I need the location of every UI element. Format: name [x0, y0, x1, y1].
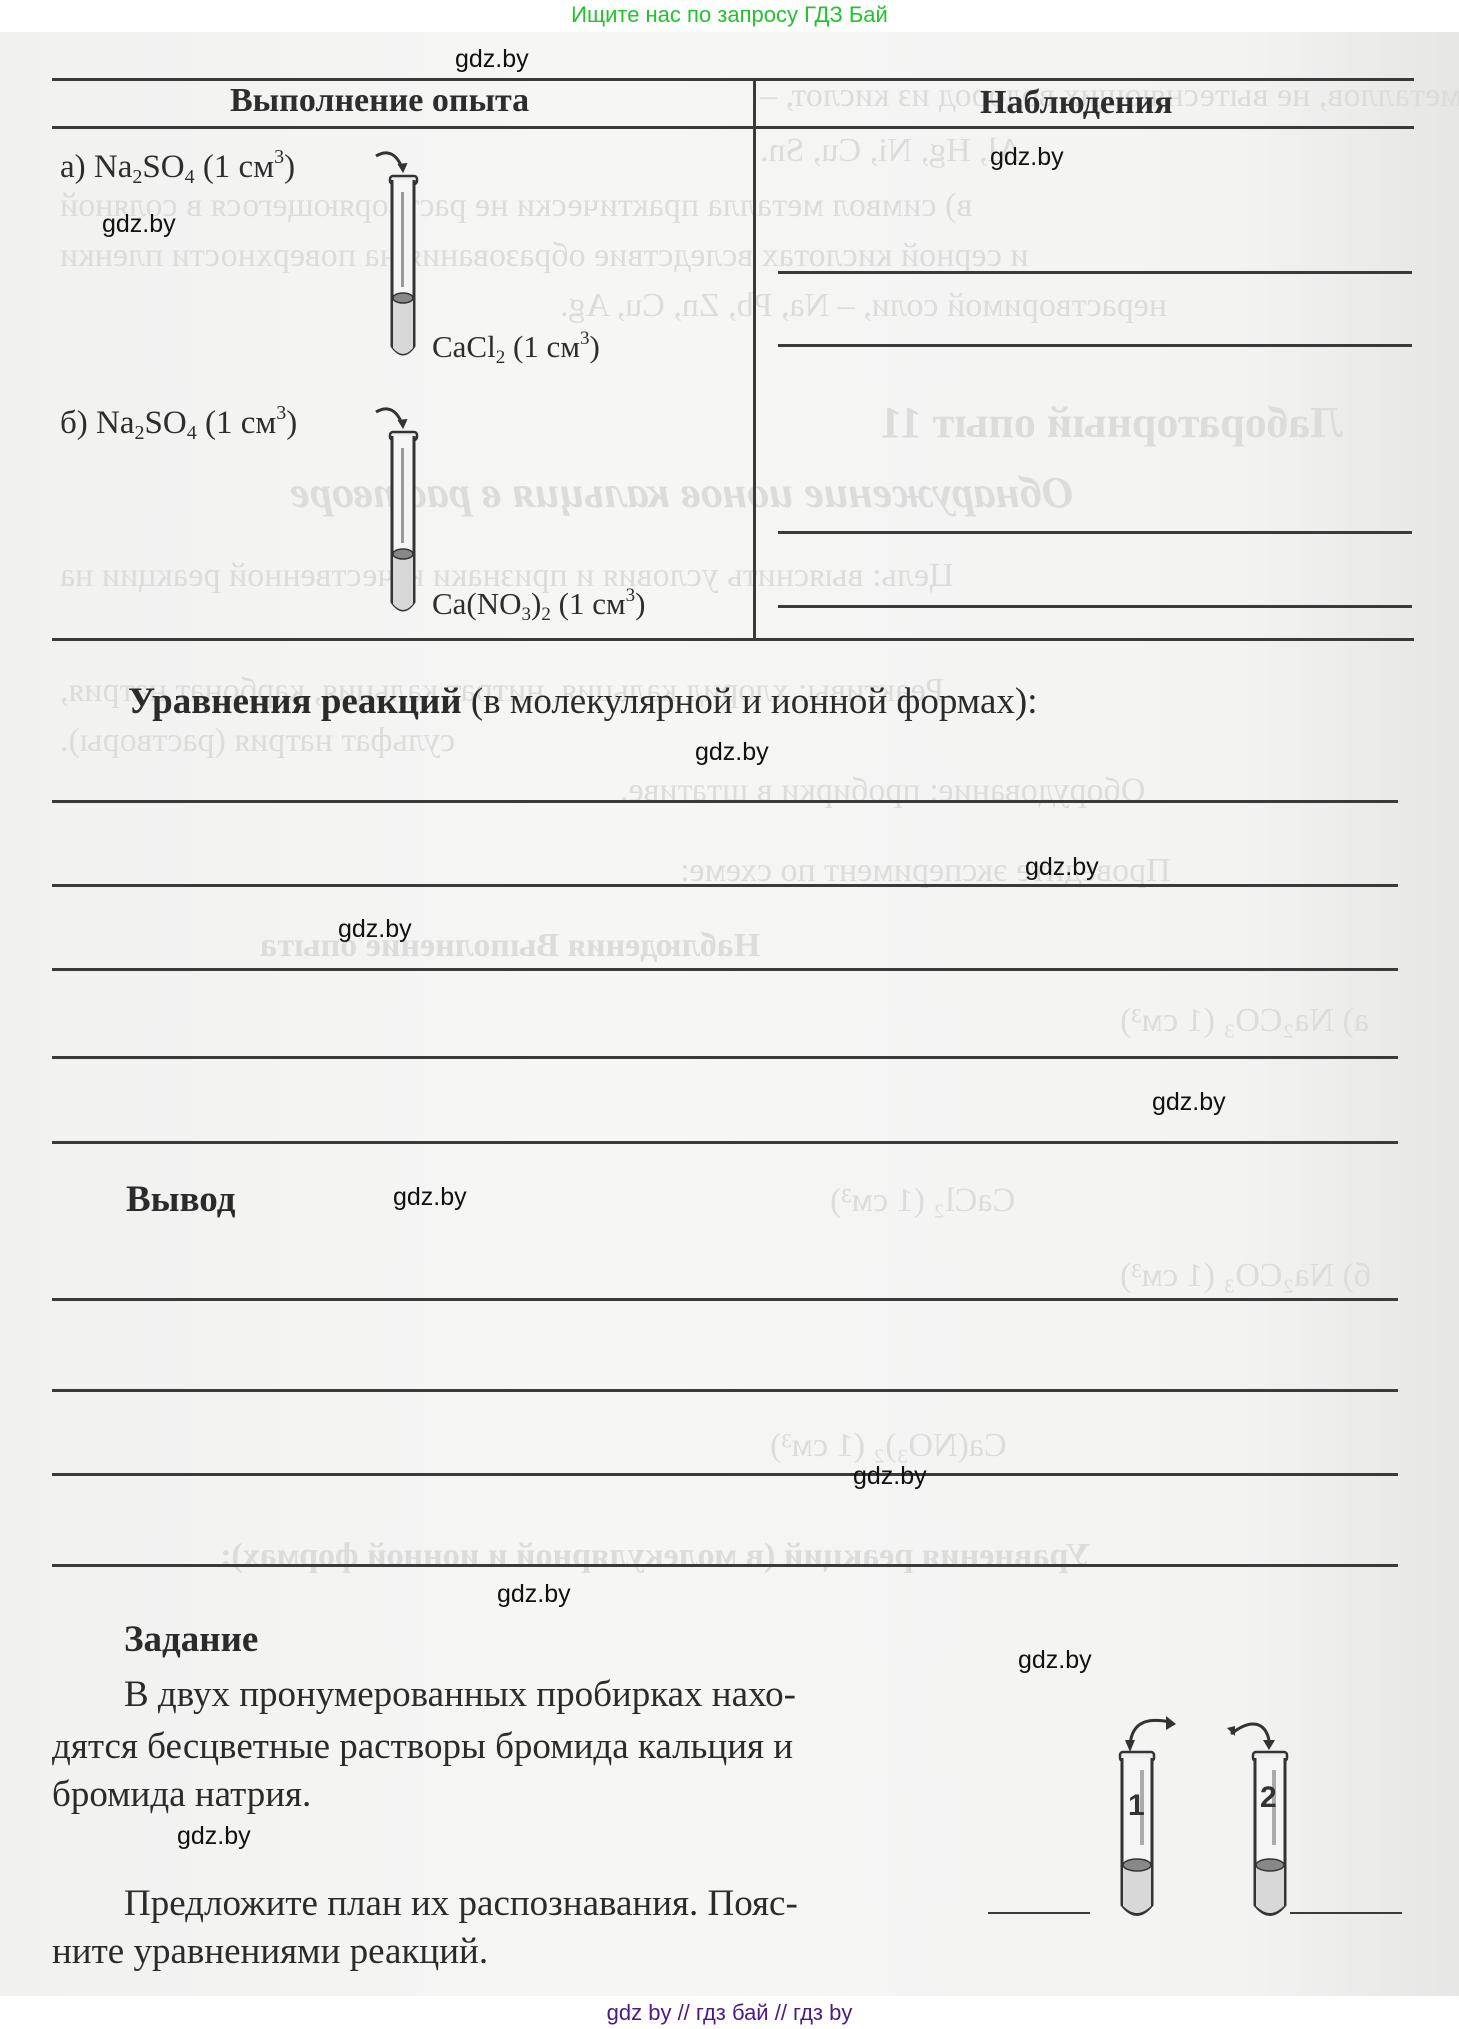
observation-answer-line[interactable] [778, 531, 1412, 534]
test-tube-1-icon: 1 [1110, 1700, 1190, 1925]
experiment-b-tube-reagent: Ca(NO3)2 (1 см3) [432, 585, 645, 626]
task-answer-line[interactable] [1290, 1912, 1402, 1914]
watermark: gdz.by [990, 143, 1064, 172]
bleed-through-text: Оборудование: пробирки в штативе. [620, 772, 1145, 810]
bleed-through-text: и серной кислотах вследствие образования… [60, 237, 1029, 275]
watermark: gdz.by [338, 915, 412, 944]
conclusion-answer-line[interactable] [52, 1389, 1398, 1392]
bleed-through-text: Уравнения реакций (в молекулярной и ионн… [220, 1537, 1090, 1575]
observation-answer-line[interactable] [778, 344, 1412, 347]
test-tube-icon [372, 406, 422, 621]
equation-answer-line[interactable] [52, 1141, 1398, 1144]
watermark: gdz.by [102, 210, 176, 239]
table-column-divider [753, 78, 756, 641]
search-banner[interactable]: Ищите нас по запросу ГДЗ Бай [0, 0, 1459, 32]
watermark: gdz.by [853, 1462, 927, 1491]
equations-heading: Уравнения реакций (в молекулярной и ионн… [128, 680, 1037, 723]
header-experiment: Выполнение опыта [230, 82, 529, 120]
experiment-b-reagent: б) Na2SO4 (1 см3) [60, 402, 297, 445]
table-bottom-border [52, 638, 1414, 641]
watermark: gdz.by [1018, 1646, 1092, 1675]
task-text-line: дятся бесцветные растворы бромида кальци… [52, 1725, 793, 1768]
experiment-a-tube-reagent: CaCl2 (1 см3) [432, 328, 600, 369]
bleed-through-text: нерастворимой соли, – Na, Pb, Zn, Cu, Ag… [560, 287, 1167, 325]
test-tube-icon [372, 150, 422, 365]
equation-answer-line[interactable] [52, 884, 1398, 887]
watermark: gdz.by [695, 738, 769, 767]
conclusion-heading: Вывод [126, 1178, 235, 1221]
bleed-through-text: б) Na₂CO₃ (1 см³) [1120, 1257, 1371, 1295]
bleed-through-text: CaCl₂ (1 см³) [830, 1182, 1015, 1220]
test-tube-2-icon: 2 [1225, 1700, 1305, 1925]
watermark: gdz.by [497, 1580, 571, 1609]
footer-links[interactable]: gdz by // гдз бай // гдз by [0, 1996, 1459, 2029]
equation-answer-line[interactable] [52, 1056, 1398, 1059]
conclusion-answer-line[interactable] [52, 1564, 1398, 1567]
watermark: gdz.by [177, 1822, 251, 1851]
bleed-through-text: Лабораторный опыт 11 [880, 397, 1343, 448]
task-text-line: В двух пронумерованных пробирках нахо- [124, 1673, 796, 1716]
task-prompt-line: ните уравнениями реакций. [52, 1930, 488, 1973]
conclusion-answer-line[interactable] [52, 1473, 1398, 1476]
bleed-through-text: в) символ металла практически не раствор… [60, 187, 972, 225]
table-header-border [52, 126, 1414, 129]
experiment-a-reagent: а) Na2SO4 (1 см3) [60, 146, 295, 189]
bleed-through-text: Наблюдения Выполнение опыта [260, 927, 760, 965]
observation-answer-line[interactable] [778, 271, 1412, 274]
watermark: gdz.by [455, 45, 529, 74]
header-observations: Наблюдения [980, 84, 1173, 122]
svg-text:2: 2 [1260, 1781, 1277, 1814]
task-heading: Задание [124, 1618, 258, 1661]
svg-text:1: 1 [1128, 1789, 1145, 1822]
task-prompt-line: Предложите план их распознавания. Пояс- [124, 1882, 798, 1925]
watermark: gdz.by [1152, 1088, 1226, 1117]
equation-answer-line[interactable] [52, 800, 1398, 803]
equation-answer-line[interactable] [52, 968, 1398, 971]
bleed-through-text: а) Na₂CO₃ (1 см³) [1120, 1002, 1369, 1040]
watermark: gdz.by [1025, 853, 1099, 882]
bleed-through-text: Al, Hg, Ni, Cu, Sn. [760, 132, 1022, 170]
bleed-through-text: сульфат натрия (растворы). [60, 722, 455, 760]
table-top-border [52, 78, 1414, 81]
conclusion-answer-line[interactable] [52, 1298, 1398, 1301]
task-answer-line[interactable] [988, 1912, 1090, 1914]
bleed-through-text: Ca(NO₃)₂ (1 см³) [770, 1427, 1007, 1465]
task-text-line: бромида натрия. [52, 1773, 311, 1816]
observation-answer-line[interactable] [778, 605, 1412, 608]
watermark: gdz.by [393, 1183, 467, 1212]
